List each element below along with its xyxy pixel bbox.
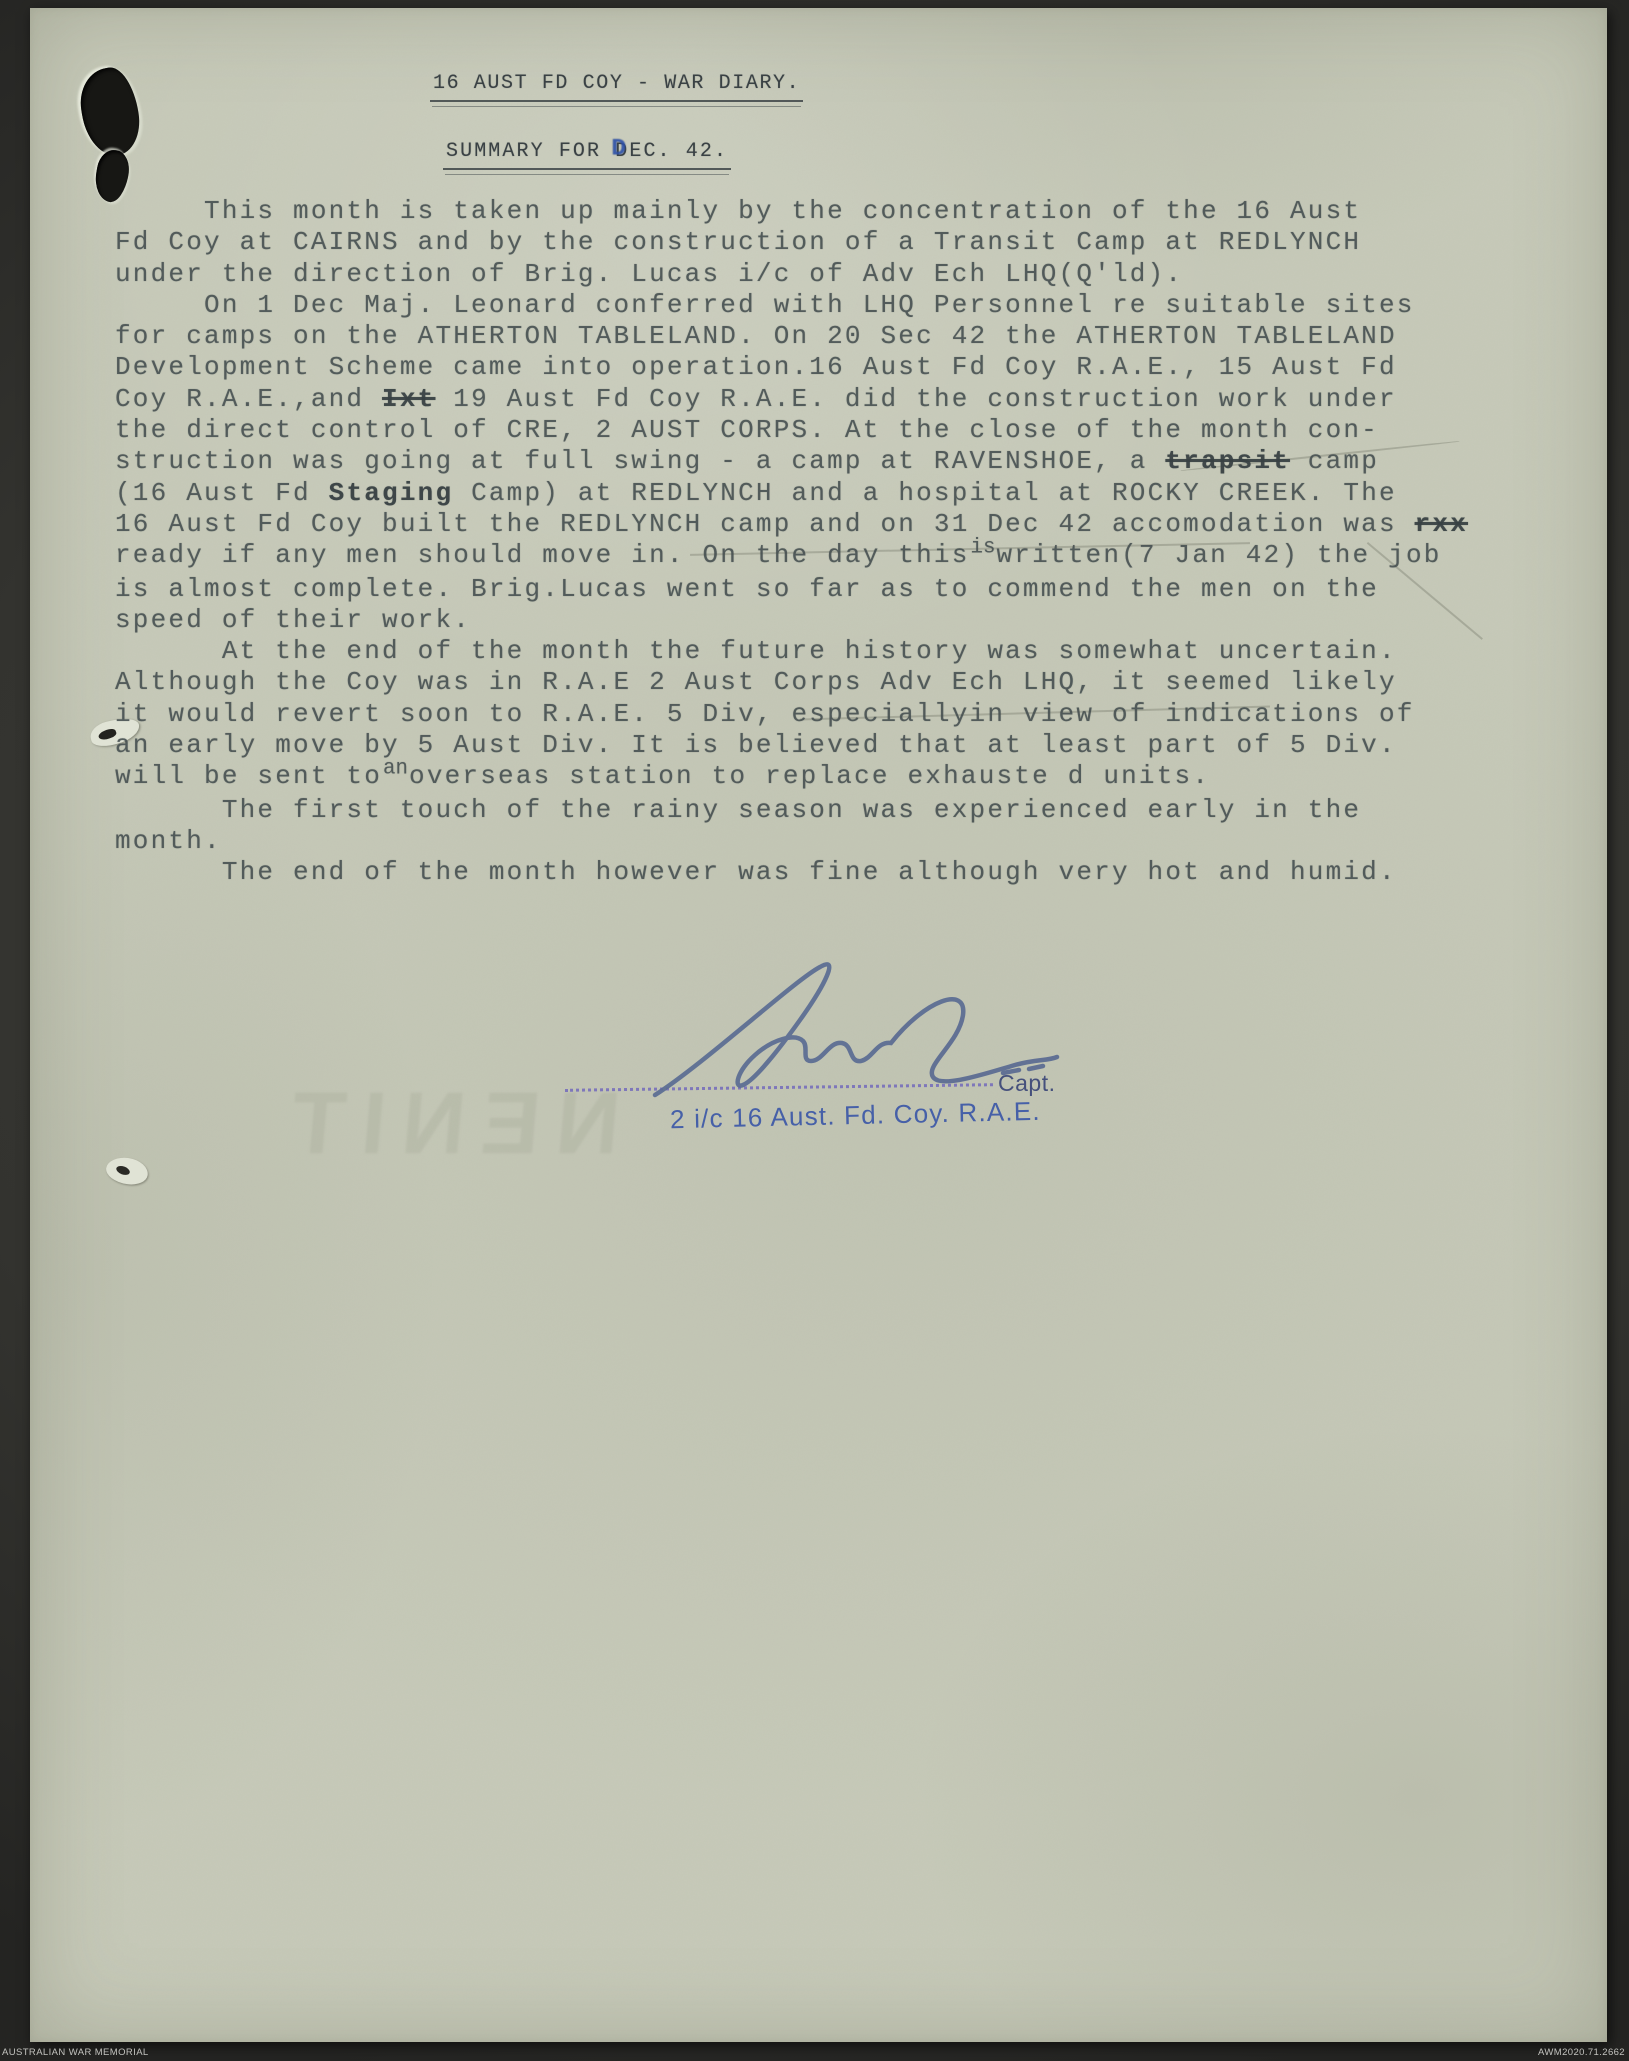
title-underlined-text: 16 AUST FD COY - WAR DIARY. — [430, 72, 803, 102]
body-line: speed of their work. — [115, 605, 1515, 636]
body-line: for camps on the ATHERTON TABLELAND. On … — [115, 321, 1515, 352]
body-line: The first touch of the rainy season was … — [115, 795, 1515, 826]
body-line: it would revert soon to R.A.E. 5 Div, es… — [115, 699, 1515, 730]
body-line: The end of the month however was fine al… — [115, 857, 1515, 888]
body-line: (16 Aust Fd Staging Camp) at REDLYNCH an… — [115, 478, 1515, 509]
archive-reference: AWM2020.71.2662 — [1538, 2047, 1625, 2058]
body-line: At the end of the month the future histo… — [115, 636, 1515, 667]
signature-unit: 2 i/c 16 Aust. Fd. Coy. R.A.E. — [670, 1096, 1041, 1135]
signature-line — [565, 1083, 993, 1092]
subtitle-underlined-text: SUMMARY FOR DDEC. 42. — [443, 140, 731, 170]
paper-hole-large — [75, 64, 144, 160]
archive-label: AUSTRALIAN WAR MEMORIAL — [2, 2047, 149, 2058]
body-line: Fd Coy at CAIRNS and by the construction… — [115, 227, 1515, 258]
body-line: On 1 Dec Maj. Leonard conferred with LHQ… — [115, 290, 1515, 321]
body-line: under the direction of Brig. Lucas i/c o… — [115, 259, 1515, 290]
body-line: Development Scheme came into operation.1… — [115, 352, 1515, 383]
document-subtitle: SUMMARY FOR DDEC. 42. — [443, 140, 731, 170]
paper-watermark: NENIT — [56, 1072, 625, 1172]
document-title: 16 AUST FD COY - WAR DIARY. — [430, 72, 803, 102]
body-line: the direct control of CRE, 2 AUST CORPS.… — [115, 415, 1515, 446]
body-text: This month is taken up mainly by the con… — [115, 196, 1515, 889]
body-line: will be sent toanoverseas station to rep… — [115, 761, 1515, 794]
body-line: month. — [115, 826, 1515, 857]
body-line: This month is taken up mainly by the con… — [115, 196, 1515, 227]
subtitle-prefix: SUMMARY FOR — [446, 140, 615, 163]
body-line: struction was going at full swing - a ca… — [115, 446, 1515, 477]
body-line: 16 Aust Fd Coy built the REDLYNCH camp a… — [115, 509, 1515, 540]
overstamped-letter: DD — [615, 140, 629, 164]
body-line: Coy R.A.E.,and Ixt 19 Aust Fd Coy R.A.E.… — [115, 384, 1515, 415]
body-line: is almost complete. Brig.Lucas went so f… — [115, 574, 1515, 605]
scan-background: NENIT 16 AUST FD COY - WAR DIARY. SUMMAR… — [0, 0, 1629, 2061]
body-line: Although the Coy was in R.A.E 2 Aust Cor… — [115, 667, 1515, 698]
document-page: NENIT 16 AUST FD COY - WAR DIARY. SUMMAR… — [30, 8, 1607, 2042]
body-line: an early move by 5 Aust Div. It is belie… — [115, 730, 1515, 761]
body-line: ready if any men should move in. On the … — [115, 540, 1515, 573]
subtitle-suffix: EC. 42. — [629, 140, 728, 163]
blue-ink-stamp: D — [611, 136, 629, 164]
signature-rank: Capt. — [998, 1070, 1055, 1097]
